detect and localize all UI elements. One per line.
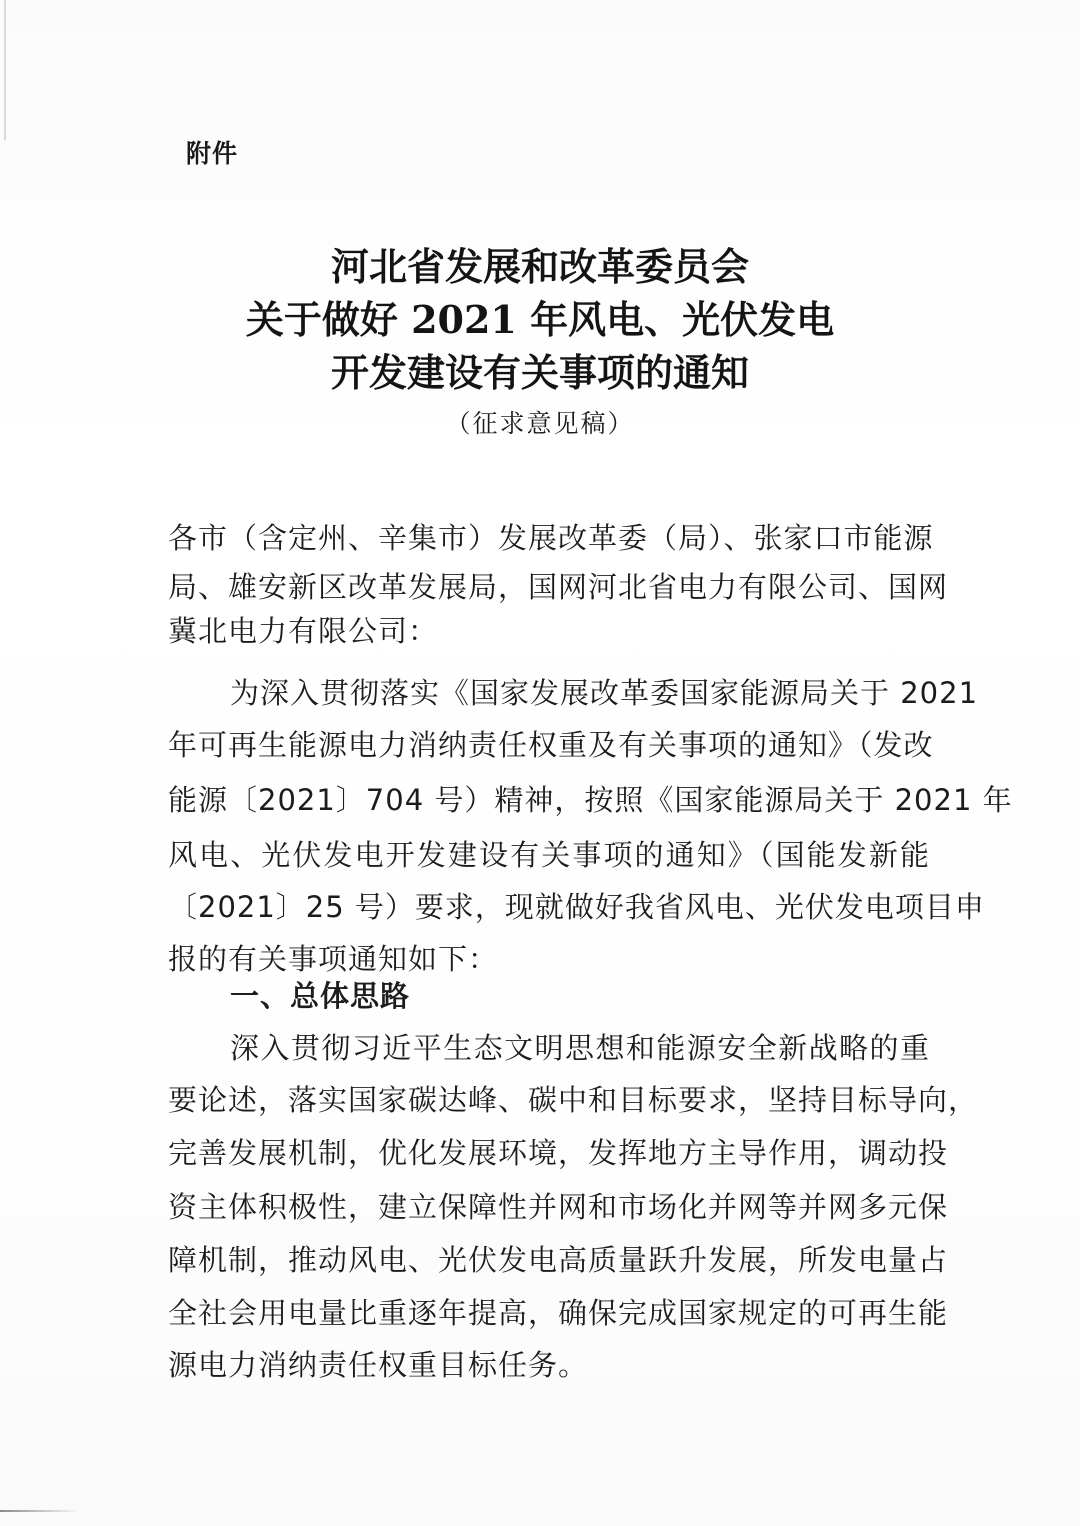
intro-paragraph: 为深入贯彻落实《国家发展改革委国家能源局关于 2021 年可再生能源电力消纳责任… — [168, 667, 930, 985]
document-title: 河北省发展和改革委员会 关于做好 2021 年风电、光伏发电 开发建设有关事项的… — [0, 240, 1080, 399]
intro-line-4: 风电、光伏发电开发建设有关事项的通知》（国能发新能 — [168, 829, 930, 881]
addressee-line-1: 各市（含定州、辛集市）发展改革委（局）、张家口市能源 — [168, 512, 930, 564]
document-subtitle: （征求意见稿） — [0, 404, 1080, 440]
addressee-paragraph: 各市（含定州、辛集市）发展改革委（局）、张家口市能源 局、雄安新区改革发展局，国… — [168, 512, 930, 657]
section-line-2: 要论述，落实国家碳达峰、碳中和目标要求，坚持目标导向， — [168, 1074, 930, 1126]
title-line-1: 河北省发展和改革委员会 — [0, 240, 1080, 293]
scan-edge-left — [4, 0, 6, 140]
section-line-4: 资主体积极性，建立保障性并网和市场化并网等并网多元保 — [168, 1181, 930, 1233]
section-line-3: 完善发展机制，优化发展环境，发挥地方主导作用，调动投 — [168, 1127, 930, 1179]
intro-line-3: 能源〔2021〕704 号）精神，按照《国家能源局关于 2021 年 — [168, 774, 930, 826]
intro-line-1: 为深入贯彻落实《国家发展改革委国家能源局关于 2021 — [168, 667, 930, 719]
section-line-7: 源电力消纳责任权重目标任务。 — [168, 1339, 930, 1391]
intro-line-2: 年可再生能源电力消纳责任权重及有关事项的通知》（发改 — [168, 719, 930, 771]
section-line-6: 全社会用电量比重逐年提高，确保完成国家规定的可再生能 — [168, 1287, 930, 1339]
title-line-2: 关于做好 2021 年风电、光伏发电 — [0, 293, 1080, 346]
section-1: 一、总体思路 深入贯彻习近平生态文明思想和能源安全新战略的重 要论述，落实国家碳… — [168, 970, 930, 1391]
scan-edge-bottom — [0, 1510, 80, 1512]
intro-line-5: 〔2021〕25 号）要求，现就做好我省风电、光伏发电项目申 — [168, 881, 930, 933]
section-heading: 一、总体思路 — [168, 970, 930, 1022]
attachment-label: 附件 — [186, 134, 238, 170]
title-line-3: 开发建设有关事项的通知 — [0, 346, 1080, 399]
section-line-1: 深入贯彻习近平生态文明思想和能源安全新战略的重 — [168, 1022, 930, 1074]
section-line-5: 障机制，推动风电、光伏发电高质量跃升发展，所发电量占 — [168, 1234, 930, 1286]
